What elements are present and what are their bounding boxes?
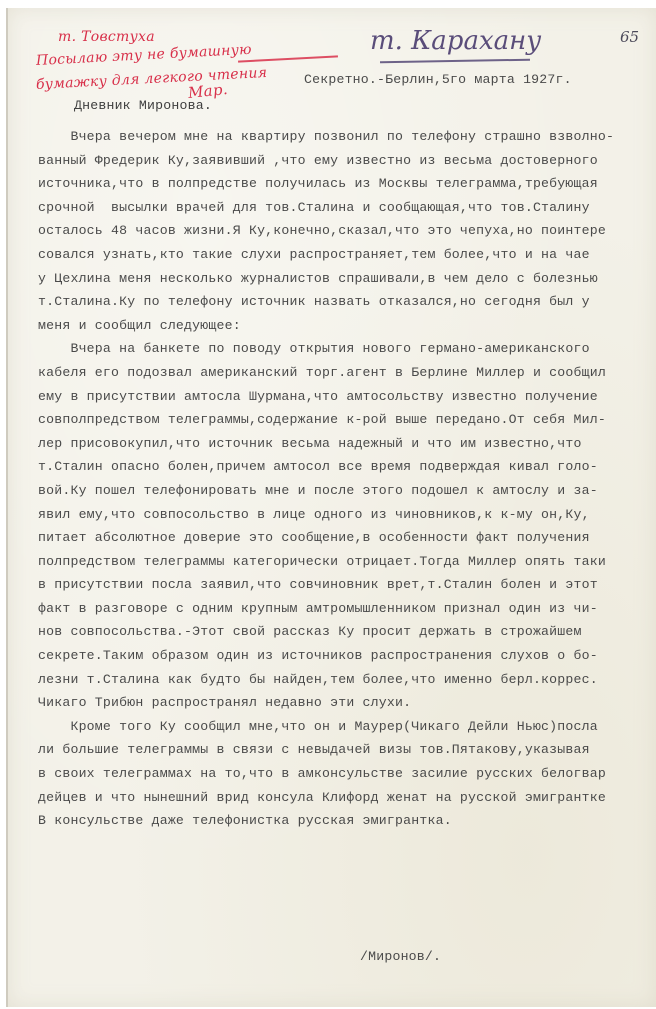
document-title: Дневник Миронова. [74, 98, 212, 113]
handwritten-note-red-line-2: бумажку для легкого чтения [36, 66, 268, 92]
typed-line: ванный Фредерик Ку,заявивший ,что ему из… [38, 149, 656, 173]
typed-line: меня и сообщил следующее: [38, 314, 656, 338]
typed-line: источника,что в полпредстве получилась и… [38, 172, 656, 196]
typed-line: лезни т.Сталина как будто бы найден,тем … [38, 668, 656, 692]
typed-line: у Цехлина меня несколько журналистов спр… [38, 267, 656, 291]
typed-line: в присутствии посла заявил,что совчиновн… [38, 573, 656, 597]
handwritten-note-red-line-1: Посылаю эту не бумашную [36, 43, 252, 68]
purple-pen-underline [380, 59, 530, 63]
document-header-classification-date: Секретно.-Берлин,5го марта 1927г. [304, 72, 572, 87]
handwritten-addressee-purple: т. Карахану [370, 26, 541, 56]
typed-line: осталось 48 часов жизни.Я Ку,конечно,ска… [38, 219, 656, 243]
archive-page-number: 65 [620, 28, 639, 46]
typed-line: Вчера вечером мне на квартиру позвонил п… [38, 125, 656, 149]
typed-line: нов совпосольства.-Этот свой рассказ Ку … [38, 620, 656, 644]
handwritten-addressee-red: т. Товстуха [58, 30, 155, 44]
typed-line: В консульстве даже телефонистка русская … [38, 809, 656, 833]
document-signature: /Миронов/. [360, 949, 441, 964]
typed-line: т.Сталина.Ку по телефону источник назват… [38, 290, 656, 314]
typed-line: лер присовокупил,что источник весьма над… [38, 432, 656, 456]
typed-line: т.Сталин опасно болен,причем амтосол все… [38, 455, 656, 479]
typed-line: Кроме того Ку сообщил мне,что он и Мауре… [38, 715, 656, 739]
typed-line: явил ему,что совпосольство в лице одного… [38, 503, 656, 527]
document-body: Вчера вечером мне на квартиру позвонил п… [38, 125, 656, 833]
typed-line: Чикаго Трибюн распространял недавно эти … [38, 691, 656, 715]
typed-line: в своих телеграммах на то,что в амконсул… [38, 762, 656, 786]
typed-line: ли большие телеграммы в связи с невыдаче… [38, 738, 656, 762]
typed-line: кабеля его подозвал американский торг.аг… [38, 361, 656, 385]
document-page: т. Товстуха Посылаю эту не бумашную бума… [6, 8, 656, 1007]
typed-line: Вчера на банкете по поводу открытия ново… [38, 337, 656, 361]
typed-line: полпредством телеграммы категорически от… [38, 550, 656, 574]
typed-line: факт в разговоре с одним крупным амтромы… [38, 597, 656, 621]
typed-line: совался узнать,кто такие слухи распростр… [38, 243, 656, 267]
typed-line: дейцев и что нынешний врид консула Клифо… [38, 786, 656, 810]
typed-line: совполпредством телеграммы,содержание к-… [38, 408, 656, 432]
typed-line: вой.Ку пошел телефонировать мне и после … [38, 479, 656, 503]
typed-line: срочной высылки врачей для тов.Сталина и… [38, 196, 656, 220]
typed-line: питает абсолютное доверие это сообщение,… [38, 526, 656, 550]
red-pen-stroke [238, 55, 338, 62]
typed-line: секрете.Таким образом один из источников… [38, 644, 656, 668]
typed-line: ему в присутствии амтосла Шурмана,что ам… [38, 385, 656, 409]
